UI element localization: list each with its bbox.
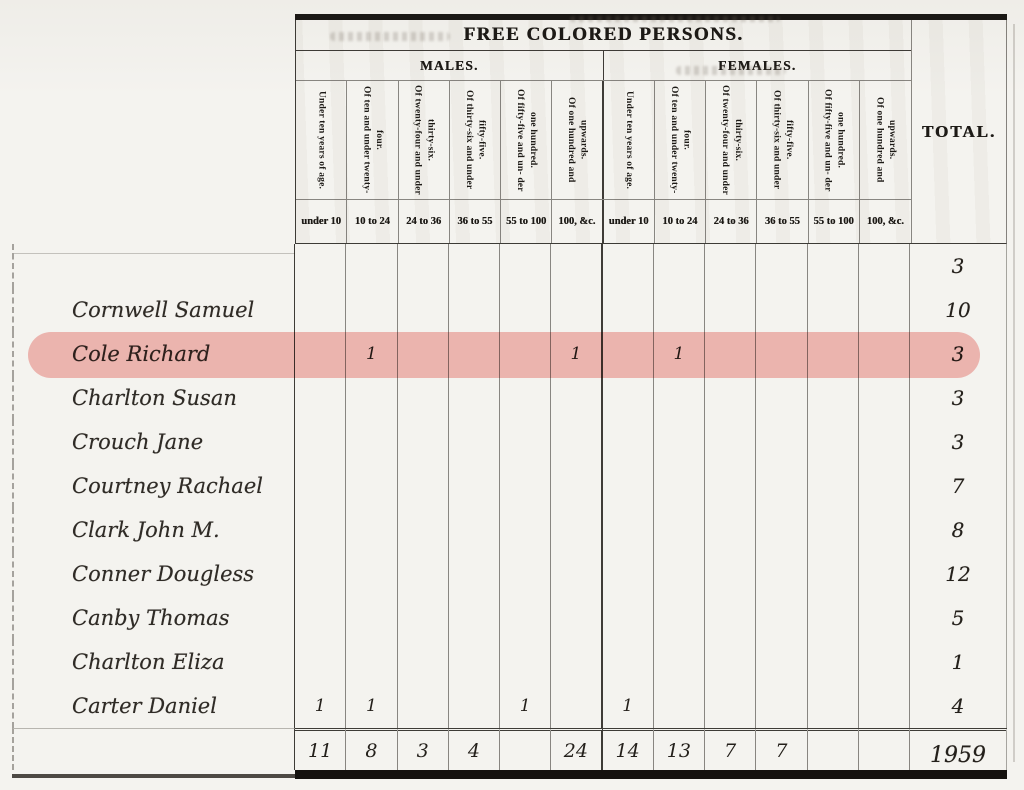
age-col-header-male-0: Under ten years of age. — [296, 81, 347, 199]
grid-cell-female-3 — [756, 640, 807, 684]
table-row-9: Charlton Eliza1 — [12, 640, 1007, 684]
name-cell — [12, 244, 295, 288]
grid-cell-female-3 — [756, 288, 807, 332]
age-col-header-text: Of thirty-six and under fifty-five. — [770, 85, 796, 195]
age-range-row: under 1010 to 2424 to 3636 to 5555 to 10… — [296, 200, 911, 243]
totals-row: 11834241413771959 — [12, 728, 1007, 770]
grid-cell-male-1 — [346, 552, 397, 596]
grid-cell-female-5 — [859, 464, 910, 508]
bottom-border-left — [12, 774, 295, 778]
grid-cell-female-1: 1 — [654, 332, 705, 376]
grid-cell-female-4 — [808, 332, 859, 376]
table-row-4: Crouch Jane3 — [12, 420, 1007, 464]
grid-cell-female-3 — [756, 596, 807, 640]
age-col-header-male-1: Of ten and under twenty-four. — [347, 81, 398, 199]
grid-cell-female-0 — [603, 376, 654, 420]
grid-cell-female-0: 1 — [603, 684, 654, 728]
table-row-0: 3 — [12, 244, 1007, 288]
age-col-header-female-3: Of thirty-six and under fifty-five. — [757, 81, 808, 199]
grid-cell-male-2 — [398, 552, 449, 596]
grid-cell-male-1: 1 — [346, 684, 397, 728]
grid-cell-male-1 — [346, 640, 397, 684]
grid-cell-male-5 — [551, 508, 602, 552]
grid-cell-female-2 — [705, 552, 756, 596]
grid-cell-female-2 — [705, 376, 756, 420]
age-col-header-text: Of ten and under twenty-four. — [667, 85, 693, 195]
grid-cell-male-2 — [398, 376, 449, 420]
grid-cell-female-4 — [808, 244, 859, 288]
grid-cell-male-4 — [500, 508, 551, 552]
grid-cell-male-3 — [449, 684, 500, 728]
grid-cell-male-5 — [551, 596, 602, 640]
grid-cell-male-2 — [398, 640, 449, 684]
grid-cell-female-5 — [859, 288, 910, 332]
age-col-header-female-0: Under ten years of age. — [604, 81, 655, 199]
age-col-header-text: Of one hundred and upwards. — [564, 85, 590, 195]
grid-cell-female-0 — [603, 508, 654, 552]
grid-cell-female-5 — [859, 552, 910, 596]
table-row-1: Cornwell Samuel10 — [12, 288, 1007, 332]
age-col-header-text: Under ten years of age. — [315, 91, 328, 189]
grid-cell-male-5 — [551, 420, 602, 464]
table-row-2: Cole Richard1113 — [12, 332, 1007, 376]
grid-cell-male-3 — [449, 244, 500, 288]
grid-cell-male-4 — [500, 376, 551, 420]
grid-cell-female-0 — [603, 640, 654, 684]
grid-cell-male-4 — [500, 288, 551, 332]
row-total-cell: 8 — [910, 508, 1007, 552]
age-range-label-male-5: 100, &c. — [552, 200, 603, 243]
age-range-label-female-0: under 10 — [604, 200, 655, 243]
age-range-label-female-3: 36 to 55 — [757, 200, 808, 243]
grid-cell-female-3 — [756, 508, 807, 552]
age-col-header-male-3: Of thirty-six and under fifty-five. — [450, 81, 501, 199]
name-cell — [12, 728, 295, 770]
grid-cell-female-3 — [756, 332, 807, 376]
grid-cell-male-3: 4 — [449, 728, 500, 770]
census-table: FREE COLORED PERSONS. MALES. FEMALES. Un… — [12, 14, 1008, 780]
grid-cell-male-5: 1 — [551, 332, 602, 376]
age-col-header-female-5: Of one hundred and upwards. — [860, 81, 911, 199]
name-cell: Courtney Rachael — [12, 464, 295, 508]
grid-cell-male-3 — [449, 640, 500, 684]
grid-cell-male-0 — [295, 508, 346, 552]
grid-cell-female-1 — [654, 420, 705, 464]
grid-cell-female-2 — [705, 244, 756, 288]
grid-cell-female-4 — [808, 376, 859, 420]
grid-cell-male-3 — [449, 552, 500, 596]
grid-cell-male-1: 1 — [346, 332, 397, 376]
grid-cell-female-4 — [808, 684, 859, 728]
grid-cell-male-5 — [551, 464, 602, 508]
grid-cell-female-0 — [603, 244, 654, 288]
row-total-cell: 10 — [910, 288, 1007, 332]
grid-cell-female-4 — [808, 596, 859, 640]
row-total-cell: 3 — [910, 244, 1007, 288]
grid-cell-male-1 — [346, 288, 397, 332]
table-row-6: Clark John M.8 — [12, 508, 1007, 552]
grid-cell-female-3: 7 — [756, 728, 807, 770]
grid-cell-male-4 — [500, 640, 551, 684]
grid-cell-male-5: 24 — [551, 728, 602, 770]
age-col-header-text: Of fifty-five and un- der one hundred. — [821, 85, 847, 195]
age-range-label-female-5: 100, &c. — [860, 200, 911, 243]
grid-cell-male-2 — [398, 420, 449, 464]
grid-cell-male-4 — [500, 728, 551, 770]
grid-cell-female-0: 14 — [603, 728, 654, 770]
grid-cell-male-4 — [500, 420, 551, 464]
grid-cell-male-4 — [500, 552, 551, 596]
grid-cell-male-0 — [295, 420, 346, 464]
grid-cell-female-1 — [654, 288, 705, 332]
age-col-header-male-4: Of fifty-five and un- der one hundred. — [501, 81, 552, 199]
grid-cell-female-5 — [859, 244, 910, 288]
grid-cell-female-1 — [654, 244, 705, 288]
header-columns: FREE COLORED PERSONS. MALES. FEMALES. Un… — [296, 20, 911, 243]
grid-cell-female-0 — [603, 288, 654, 332]
grid-cell-female-5 — [859, 376, 910, 420]
grid-cell-male-1 — [346, 420, 397, 464]
grid-cell-male-3 — [449, 288, 500, 332]
grid-cell-male-3 — [449, 508, 500, 552]
grid-cell-male-0 — [295, 596, 346, 640]
grid-cell-male-4 — [500, 464, 551, 508]
name-cell: Charlton Susan — [12, 376, 295, 420]
table-row-7: Conner Dougless12 — [12, 552, 1007, 596]
grid-cell-female-3 — [756, 244, 807, 288]
grid-cell-male-1: 8 — [346, 728, 397, 770]
grid-cell-female-2 — [705, 420, 756, 464]
grid-cell-female-3 — [756, 376, 807, 420]
grid-cell-male-4 — [500, 244, 551, 288]
grid-cell-female-1 — [654, 376, 705, 420]
grid-cell-male-2: 3 — [398, 728, 449, 770]
age-range-label-male-3: 36 to 55 — [450, 200, 501, 243]
sex-header-row: MALES. FEMALES. — [296, 51, 911, 81]
scan-smudge — [570, 16, 780, 22]
scan-edge-artifact — [1013, 24, 1015, 762]
grid-cell-male-0: 1 — [295, 684, 346, 728]
males-section-header: MALES. — [296, 51, 604, 80]
age-col-header-male-5: Of one hundred and upwards. — [552, 81, 603, 199]
grid-cell-male-1 — [346, 244, 397, 288]
grid-cell-female-0 — [603, 464, 654, 508]
scan-smudge — [676, 66, 786, 75]
grid-cell-female-5 — [859, 332, 910, 376]
grid-cell-male-1 — [346, 376, 397, 420]
grid-cell-male-1 — [346, 596, 397, 640]
age-col-header-female-1: Of ten and under twenty-four. — [655, 81, 706, 199]
grid-cell-female-5 — [859, 728, 910, 770]
row-total-cell: 3 — [910, 376, 1007, 420]
age-range-label-male-4: 55 to 100 — [501, 200, 552, 243]
grid-cell-female-2 — [705, 332, 756, 376]
total-column-header: TOTAL. — [911, 20, 1006, 243]
grid-cell-female-1 — [654, 684, 705, 728]
age-col-header-text: Of one hundred and upwards. — [873, 85, 899, 195]
grid-cell-male-2 — [398, 508, 449, 552]
age-range-label-female-2: 24 to 36 — [706, 200, 757, 243]
row-total-cell: 5 — [910, 596, 1007, 640]
table-row-3: Charlton Susan3 — [12, 376, 1007, 420]
grid-cell-male-2 — [398, 332, 449, 376]
grid-cell-male-3 — [449, 596, 500, 640]
grid-cell-female-3 — [756, 464, 807, 508]
grid-cell-female-2 — [705, 596, 756, 640]
grid-cell-male-2 — [398, 288, 449, 332]
grid-cell-male-0 — [295, 332, 346, 376]
rotated-header-row: Under ten years of age.Of ten and under … — [296, 81, 911, 200]
grid-cell-male-4 — [500, 596, 551, 640]
table-row-10: Carter Daniel11114 — [12, 684, 1007, 728]
table-header: FREE COLORED PERSONS. MALES. FEMALES. Un… — [295, 20, 1007, 244]
grid-cell-male-4 — [500, 332, 551, 376]
name-cell: Canby Thomas — [12, 596, 295, 640]
table-row-8: Canby Thomas5 — [12, 596, 1007, 640]
grid-cell-male-5 — [551, 684, 602, 728]
grid-cell-male-3 — [449, 420, 500, 464]
grid-cell-male-5 — [551, 244, 602, 288]
name-cell: Charlton Eliza — [12, 640, 295, 684]
grid-cell-male-2 — [398, 244, 449, 288]
grid-cell-female-2 — [705, 288, 756, 332]
total-label: TOTAL. — [922, 122, 996, 142]
grid-cell-male-2 — [398, 684, 449, 728]
grid-cell-female-5 — [859, 420, 910, 464]
table-row-5: Courtney Rachael7 — [12, 464, 1007, 508]
census-scan-page: FREE COLORED PERSONS. MALES. FEMALES. Un… — [0, 0, 1024, 790]
grid-cell-female-3 — [756, 420, 807, 464]
age-range-label-female-4: 55 to 100 — [809, 200, 860, 243]
data-rows: 3Cornwell Samuel10Cole Richard1113Charlt… — [12, 244, 1007, 728]
name-cell: Cornwell Samuel — [12, 288, 295, 332]
page-title: FREE COLORED PERSONS. — [463, 24, 743, 46]
grid-cell-male-3 — [449, 332, 500, 376]
age-col-header-text: Of ten and under twenty-four. — [360, 85, 386, 195]
grid-cell-male-0: 11 — [295, 728, 346, 770]
name-cell: Conner Dougless — [12, 552, 295, 596]
grid-cell-male-5 — [551, 288, 602, 332]
grid-cell-female-0 — [603, 596, 654, 640]
grid-cell-male-2 — [398, 464, 449, 508]
grid-cell-female-4 — [808, 288, 859, 332]
row-total-cell: 3 — [910, 420, 1007, 464]
grid-cell-female-1 — [654, 508, 705, 552]
scan-smudge — [330, 32, 450, 41]
age-col-header-female-4: Of fifty-five and un- der one hundred. — [809, 81, 860, 199]
age-range-label-male-2: 24 to 36 — [399, 200, 450, 243]
grid-cell-female-5 — [859, 596, 910, 640]
grid-cell-female-1 — [654, 640, 705, 684]
grid-cell-female-3 — [756, 552, 807, 596]
grid-cell-male-0 — [295, 464, 346, 508]
grid-cell-female-1 — [654, 464, 705, 508]
grid-cell-female-2 — [705, 640, 756, 684]
row-total-cell: 1 — [910, 640, 1007, 684]
grid-cell-male-5 — [551, 640, 602, 684]
bottom-border — [295, 770, 1007, 779]
grid-cell-female-0 — [603, 552, 654, 596]
grid-cell-female-2: 7 — [705, 728, 756, 770]
grid-cell-male-4: 1 — [500, 684, 551, 728]
grid-cell-male-0 — [295, 640, 346, 684]
age-range-label-male-0: under 10 — [296, 200, 347, 243]
grid-cell-female-2 — [705, 508, 756, 552]
age-col-header-text: Of twenty-four and under thirty-six. — [411, 85, 437, 195]
grid-cell-female-2 — [705, 464, 756, 508]
grid-cell-female-4 — [808, 728, 859, 770]
grid-cell-male-0 — [295, 288, 346, 332]
grid-cell-female-5 — [859, 684, 910, 728]
age-range-label-male-1: 10 to 24 — [347, 200, 398, 243]
grid-cell-female-1 — [654, 596, 705, 640]
row-total-cell: 4 — [910, 684, 1007, 728]
grid-cell-male-2 — [398, 596, 449, 640]
grid-cell-female-1 — [654, 552, 705, 596]
totals-data-row: 11834241413771959 — [12, 728, 1007, 770]
grid-cell-female-2 — [705, 684, 756, 728]
grid-cell-female-1: 13 — [654, 728, 705, 770]
name-cell: Carter Daniel — [12, 684, 295, 728]
grid-cell-female-0 — [603, 420, 654, 464]
grid-cell-male-5 — [551, 376, 602, 420]
grid-cell-male-3 — [449, 464, 500, 508]
row-total-cell: 7 — [910, 464, 1007, 508]
age-col-header-text: Of thirty-six and under fifty-five. — [462, 85, 488, 195]
age-col-header-male-2: Of twenty-four and under thirty-six. — [399, 81, 450, 199]
grid-cell-male-1 — [346, 508, 397, 552]
age-range-label-female-1: 10 to 24 — [655, 200, 706, 243]
row-total-cell: 3 — [910, 332, 1007, 376]
grid-cell-female-3 — [756, 684, 807, 728]
grid-cell-male-1 — [346, 464, 397, 508]
grand-total-cell: 1959 — [910, 728, 1007, 770]
age-col-header-text: Of twenty-four and under thirty-six. — [718, 85, 744, 195]
grid-cell-male-0 — [295, 376, 346, 420]
name-cell: Cole Richard — [12, 332, 295, 376]
age-col-header-text: Of fifty-five and un- der one hundred. — [513, 85, 539, 195]
name-cell: Clark John M. — [12, 508, 295, 552]
grid-cell-female-4 — [808, 640, 859, 684]
grid-cell-female-4 — [808, 508, 859, 552]
grid-cell-female-4 — [808, 420, 859, 464]
grid-cell-male-0 — [295, 244, 346, 288]
grid-cell-female-5 — [859, 508, 910, 552]
age-col-header-text: Under ten years of age. — [622, 91, 635, 189]
grid-cell-female-4 — [808, 552, 859, 596]
grid-cell-male-0 — [295, 552, 346, 596]
name-cell: Crouch Jane — [12, 420, 295, 464]
grid-cell-female-4 — [808, 464, 859, 508]
row-total-cell: 12 — [910, 552, 1007, 596]
grid-cell-male-5 — [551, 552, 602, 596]
grid-cell-female-5 — [859, 640, 910, 684]
age-col-header-female-2: Of twenty-four and under thirty-six. — [706, 81, 757, 199]
grid-cell-female-0 — [603, 332, 654, 376]
grid-cell-male-3 — [449, 376, 500, 420]
